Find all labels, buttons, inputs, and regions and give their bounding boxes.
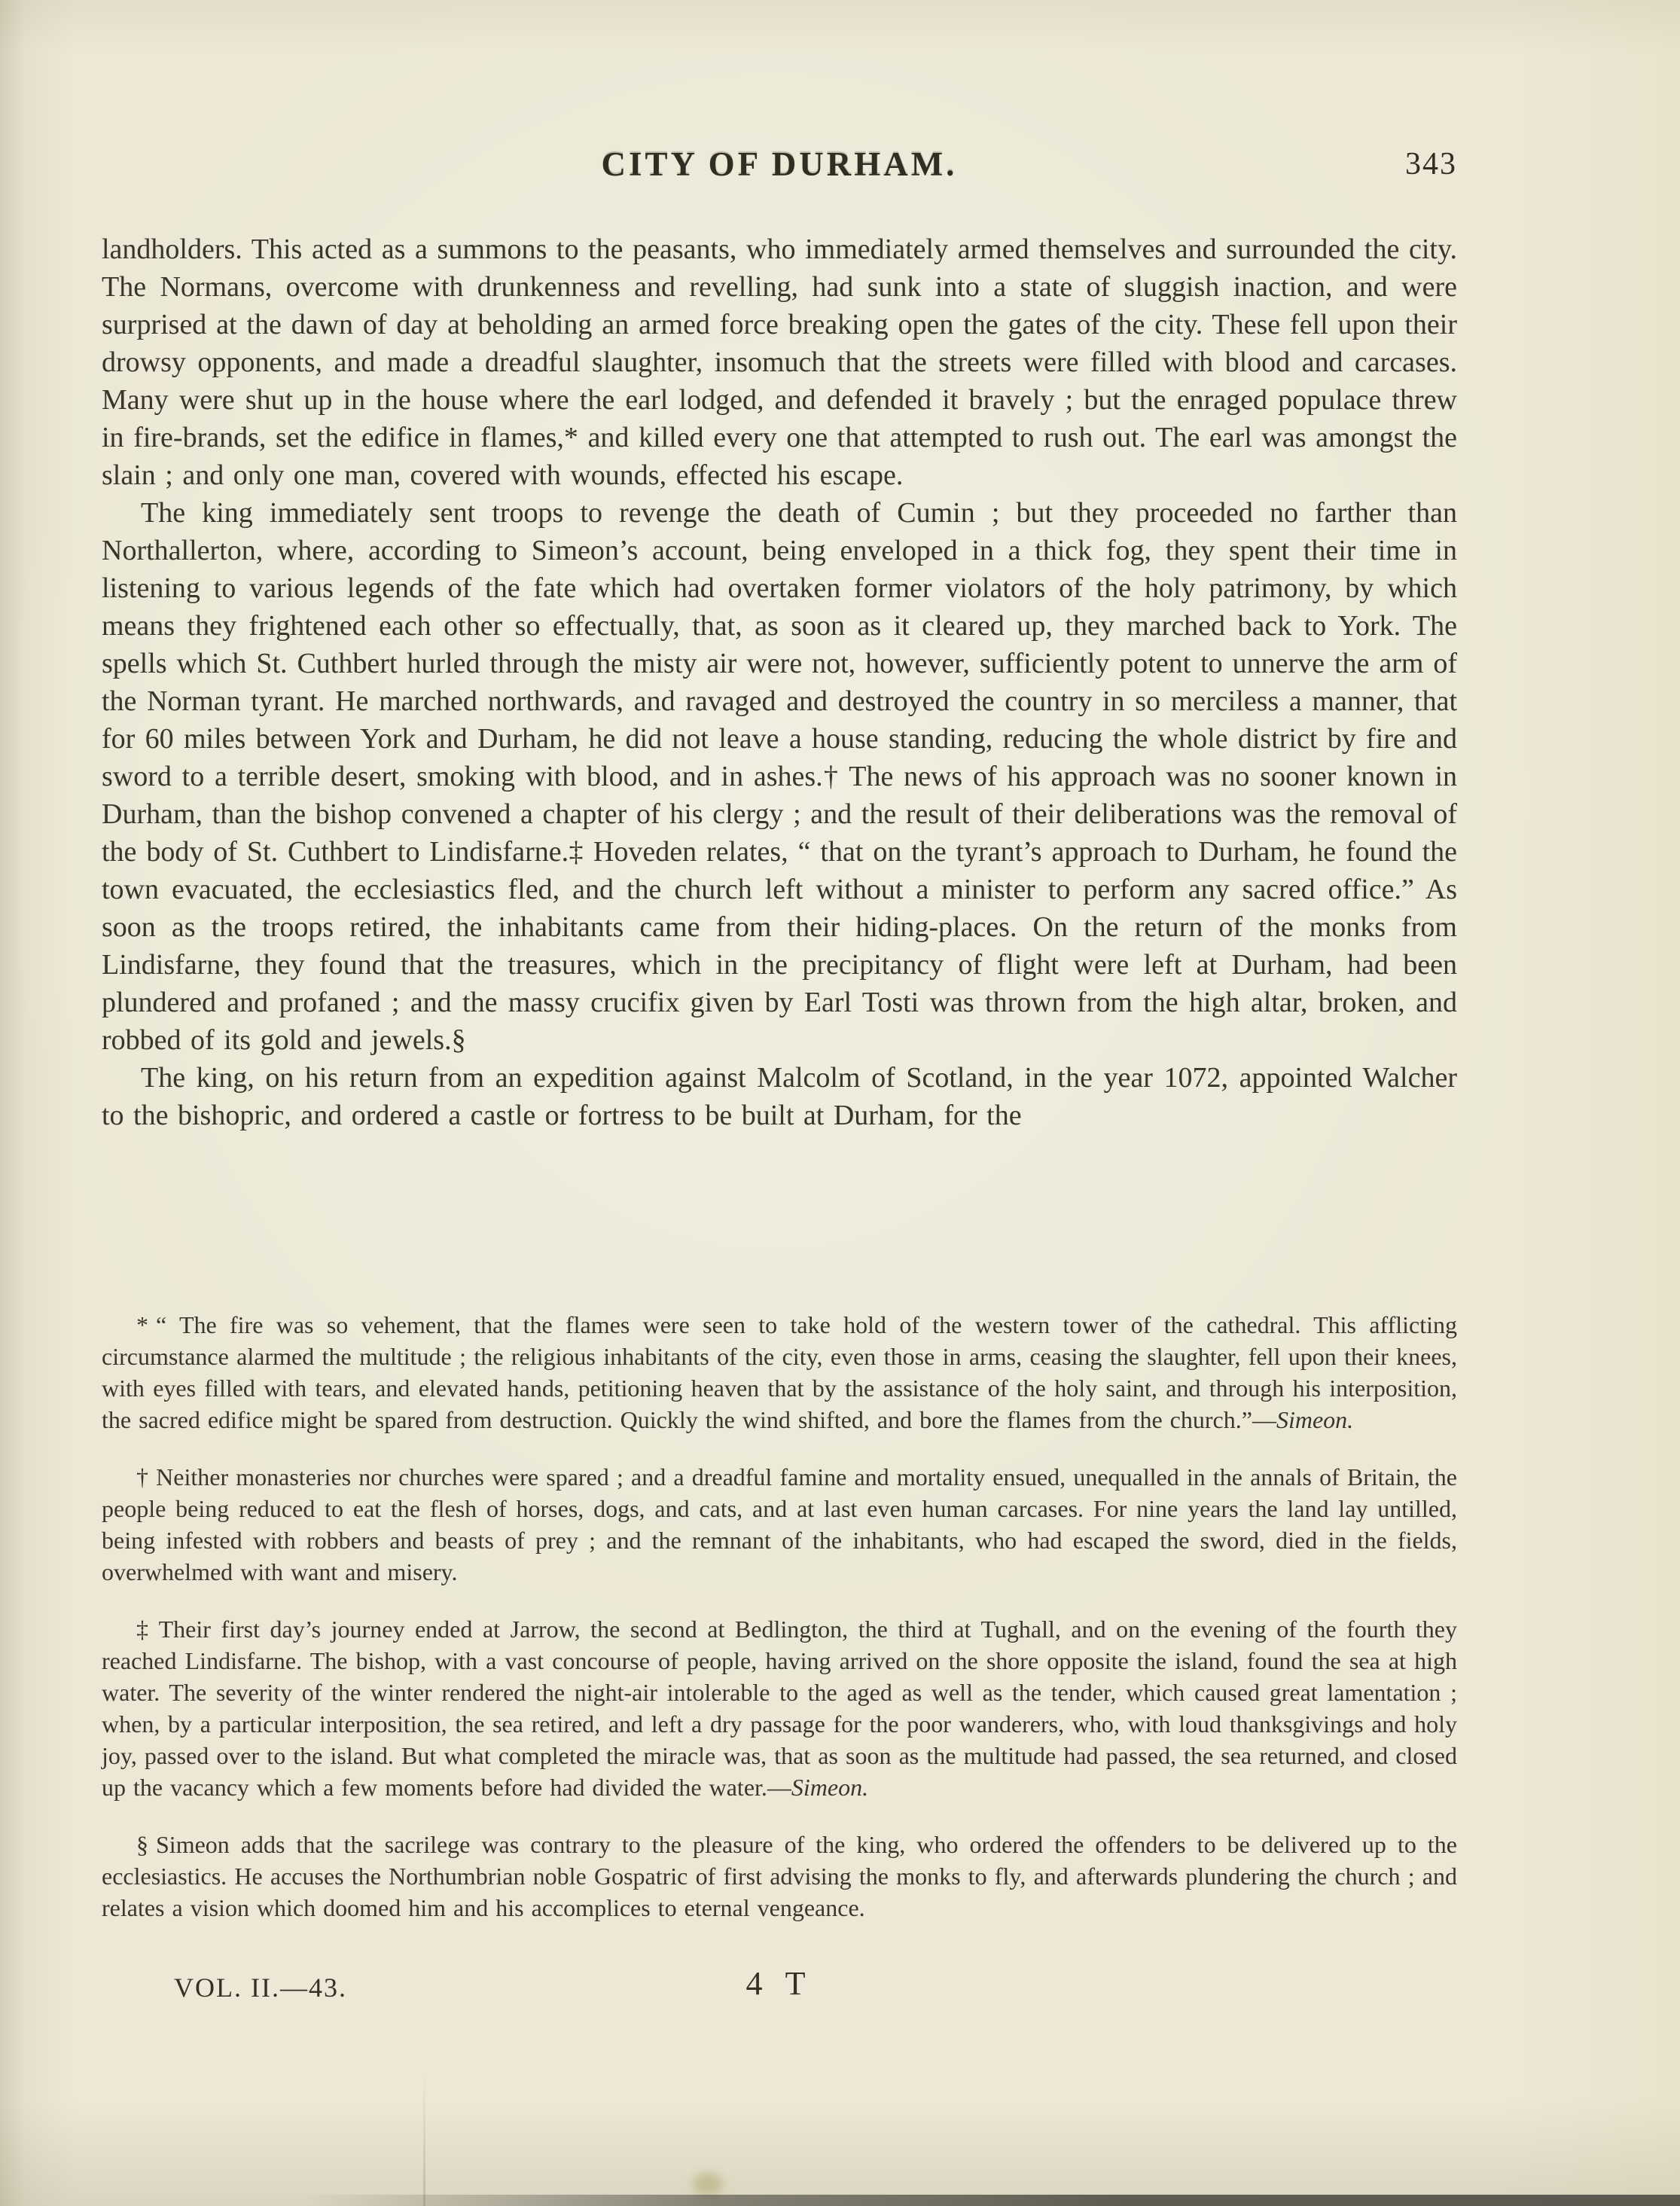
body-paragraph-1: landholders. This acted as a summons to … — [102, 230, 1457, 494]
footnote-double-dagger-marker: ‡ — [136, 1616, 151, 1643]
footnote-asterisk: *“ The fire was so vehement, that the fl… — [102, 1309, 1457, 1436]
page-footer: VOL. II.—43. 4 T — [102, 1964, 1457, 2009]
volume-label: VOL. II.—43. — [174, 1972, 347, 2003]
footnote-asterisk-marker: * — [136, 1311, 148, 1338]
page-body: landholders. This acted as a summons to … — [102, 230, 1457, 1134]
running-title: CITY OF DURHAM. — [102, 145, 1457, 184]
footnote-double-dagger-attribution: Simeon. — [791, 1774, 868, 1801]
body-paragraph-3: The king, on his return from an expediti… — [102, 1059, 1457, 1134]
footnote-dagger-marker: † — [136, 1463, 148, 1490]
scan-edge-artifact — [301, 2195, 1680, 2206]
footnote-section-mark: §Simeon adds that the sacrilege was cont… — [102, 1829, 1457, 1924]
page-header: CITY OF DURHAM. 343 — [102, 145, 1457, 188]
footnote-dagger-text: Neither monasteries nor churches were sp… — [102, 1463, 1457, 1585]
footnote-double-dagger-text: Their first day’s journey ended at Jarro… — [102, 1616, 1457, 1801]
footnote-section-mark-marker: § — [136, 1831, 148, 1858]
press-signature: 4 T — [745, 1964, 813, 2003]
page-content: CITY OF DURHAM. 343 landholders. This ac… — [102, 0, 1457, 1134]
footnote-asterisk-text: “ The fire was so vehement, that the fla… — [102, 1311, 1457, 1433]
paper-stain-artifact — [693, 2173, 723, 2195]
book-page-scan: CITY OF DURHAM. 343 landholders. This ac… — [0, 0, 1680, 2206]
footnote-section-mark-text: Simeon adds that the sacrilege was contr… — [102, 1831, 1457, 1921]
footnote-double-dagger: ‡Their first day’s journey ended at Jarr… — [102, 1613, 1457, 1803]
footnote-asterisk-attribution: Simeon. — [1276, 1406, 1353, 1433]
body-paragraph-2: The king immediately sent troops to reve… — [102, 494, 1457, 1059]
page-number: 343 — [1405, 146, 1457, 182]
paper-crease-artifact — [423, 2070, 425, 2206]
footnote-dagger: †Neither monasteries nor churches were s… — [102, 1461, 1457, 1588]
footnotes-section: *“ The fire was so vehement, that the fl… — [102, 1309, 1457, 1949]
